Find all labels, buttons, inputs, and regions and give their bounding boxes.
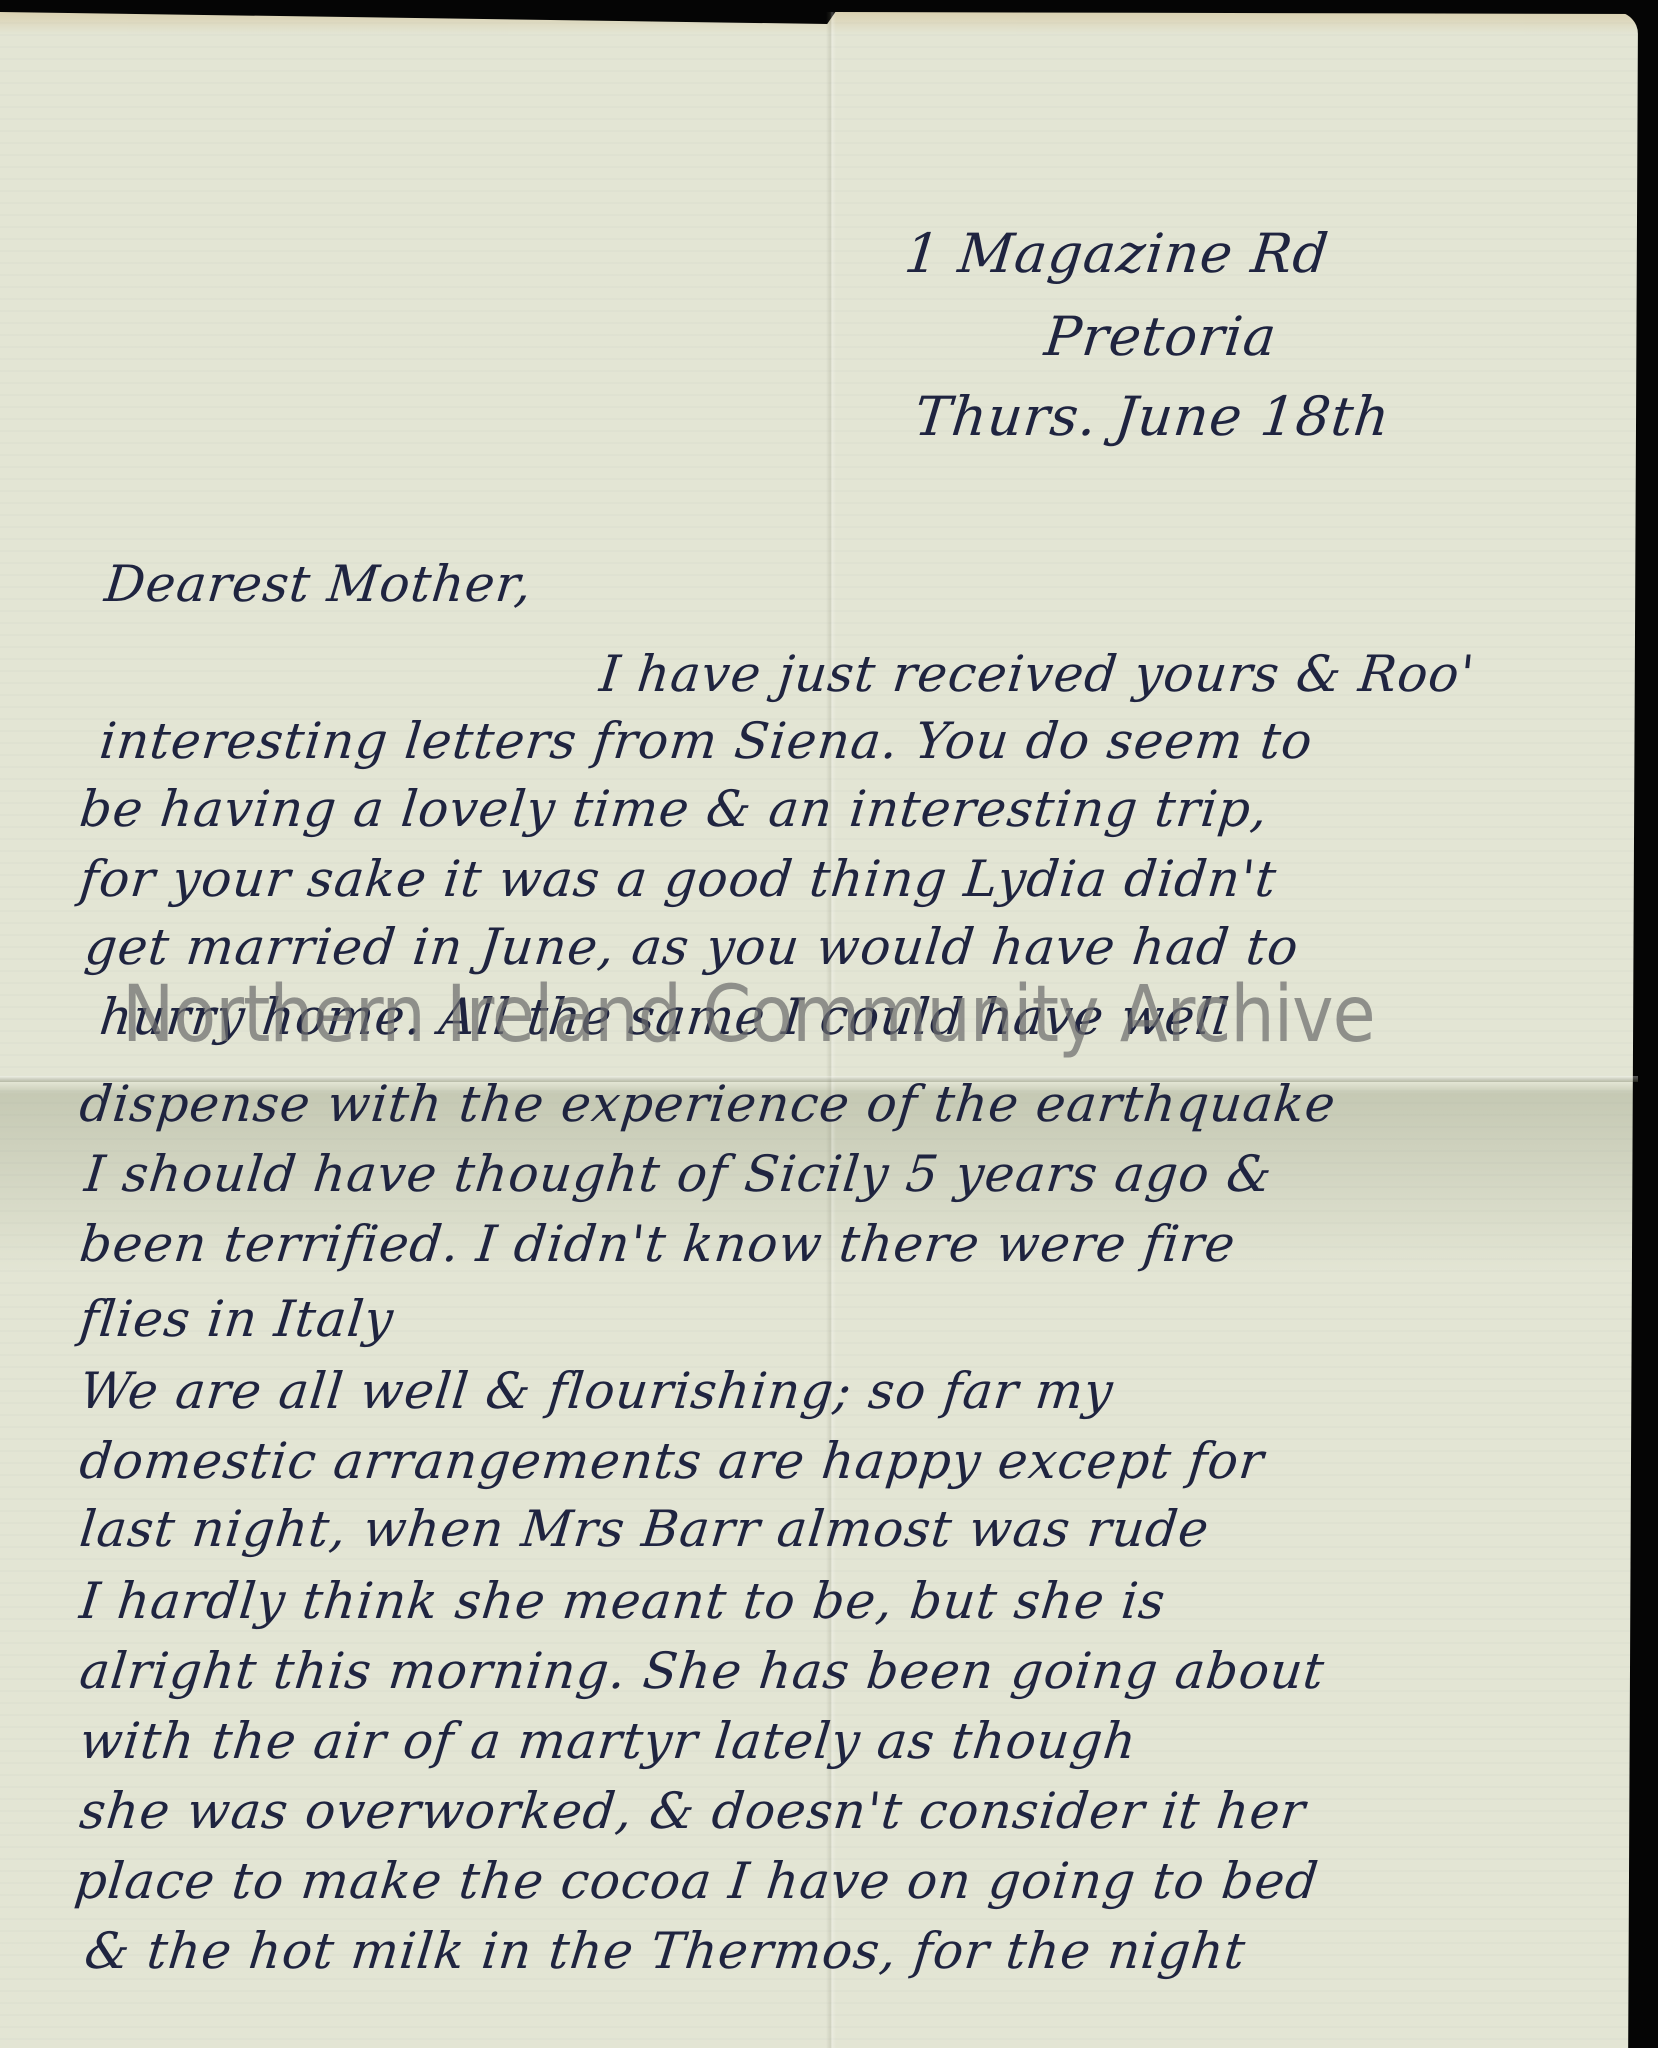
letter-line: be having a lovely time & an interesting… [77, 780, 1271, 838]
letter-line: domestic arrangements are happy except f… [77, 1432, 1267, 1490]
letter-line: flies in Italy [77, 1290, 397, 1348]
letter-line: & the hot milk in the Thermos, for the n… [82, 1922, 1249, 1980]
letter-line: alright this morning. She has been going… [77, 1642, 1328, 1700]
address-city: Pretoria [1042, 305, 1280, 368]
letter-line: I have just received yours & Roo' [597, 645, 1478, 703]
letter-line: with the air of a martyr lately as thoug… [77, 1712, 1140, 1770]
letter-line: dispense with the experience of the eart… [77, 1075, 1339, 1133]
address-street: 1 Magazine Rd [902, 222, 1332, 285]
letter-line: I hardly think she meant to be, but she … [77, 1572, 1168, 1630]
letter-line: place to make the cocoa I have on going … [72, 1852, 1322, 1910]
letter-line: I should have thought of Sicily 5 years … [82, 1145, 1275, 1203]
salutation: Dearest Mother, [102, 555, 535, 613]
letter-line: We are all well & flourishing; so far my [77, 1362, 1116, 1420]
letter-line: interesting letters from Siena. You do s… [97, 712, 1316, 770]
archive-watermark: Northern Ireland Community Archive [122, 968, 1375, 1060]
letter-line: been terrified. I didn't know there were… [77, 1215, 1239, 1273]
letter-line: she was overworked, & doesn't consider i… [77, 1782, 1309, 1840]
letter-date: Thurs. June 18th [912, 385, 1394, 448]
letter-line: for your sake it was a good thing Lydia … [77, 850, 1280, 908]
letter-line: last night, when Mrs Barr almost was rud… [77, 1500, 1212, 1558]
